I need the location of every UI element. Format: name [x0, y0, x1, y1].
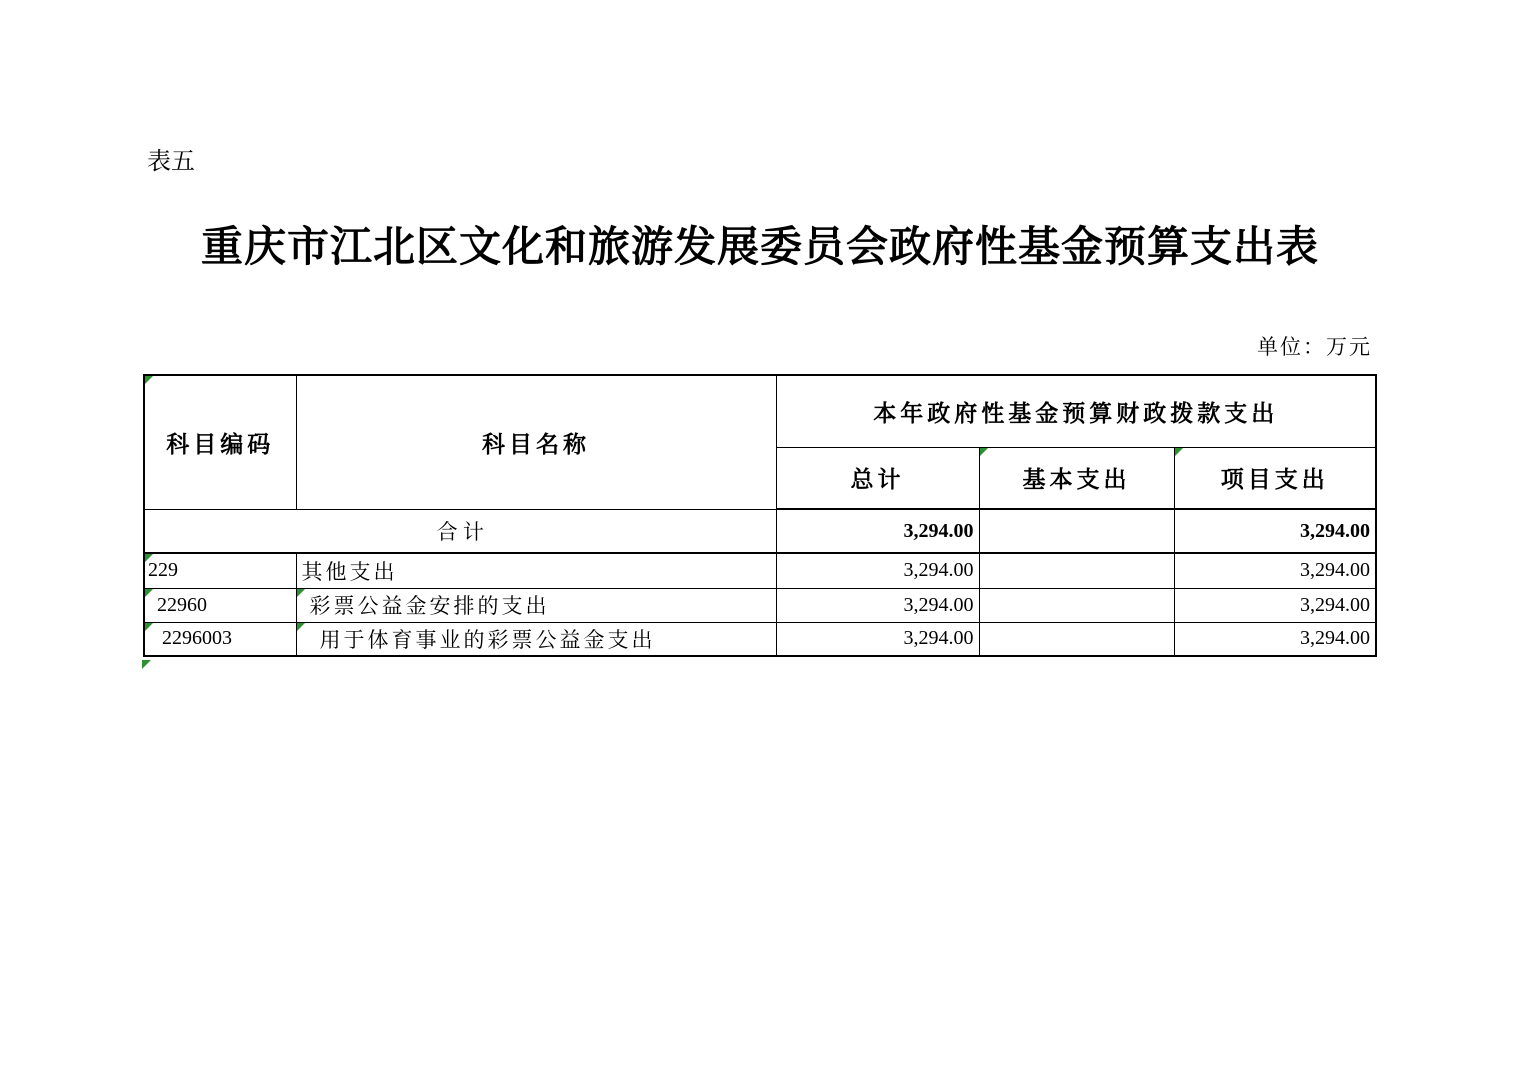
total-row-total-value: 3,294.00 [776, 509, 979, 553]
row-total-value: 3,294.00 [776, 553, 979, 588]
cell-error-flag-icon [145, 588, 154, 597]
cell-error-flag-icon [145, 375, 154, 384]
total-row: 合 计 3,294.00 3,294.00 [144, 509, 1376, 553]
cell-error-flag-icon [145, 622, 154, 631]
header-total: 总计 [776, 447, 979, 509]
header-basic: 基本支出 [979, 447, 1174, 509]
header-total-label: 总计 [851, 466, 905, 492]
unit-note: 单位：万元 [1050, 331, 1372, 361]
header-subject-name: 科目名称 [296, 375, 776, 509]
row-total-value: 3,294.00 [776, 588, 979, 622]
table-number-label: 表五 [147, 141, 195, 176]
document-page: 表五 重庆市江北区文化和旅游发展委员会政府性基金预算支出表 单位：万元 科目编码… [0, 0, 1520, 1074]
row-name-cell: 其他支出 [296, 553, 776, 588]
header-basic-label: 基本支出 [1023, 466, 1131, 492]
row-code: 22960 [157, 594, 207, 616]
cell-error-flag-icon [297, 588, 306, 597]
row-project-value: 3,294.00 [1174, 622, 1376, 656]
row-total-value: 3,294.00 [776, 622, 979, 656]
row-code-cell: 22960 [144, 588, 296, 622]
row-code-cell: 229 [144, 553, 296, 588]
table-row: 229 其他支出 3,294.00 3,294.00 [144, 553, 1376, 588]
row-code-cell: 2296003 [144, 622, 296, 656]
row-project-value: 3,294.00 [1174, 588, 1376, 622]
cell-error-flag-icon [142, 660, 151, 669]
total-row-basic-value [979, 509, 1174, 553]
row-project-value: 3,294.00 [1174, 553, 1376, 588]
row-code: 2296003 [162, 627, 232, 649]
header-subject-code-label: 科目编码 [166, 431, 274, 457]
cell-error-flag-icon [1175, 447, 1184, 456]
row-basic-value [979, 553, 1174, 588]
row-name-cell: 用于体育事业的彩票公益金支出 [296, 622, 776, 656]
page-title: 重庆市江北区文化和旅游发展委员会政府性基金预算支出表 [0, 214, 1520, 274]
table-header-row-1: 科目编码 科目名称 本年政府性基金预算财政拨款支出 [144, 375, 1376, 447]
row-name-cell: 彩票公益金安排的支出 [296, 588, 776, 622]
row-basic-value [979, 588, 1174, 622]
header-project: 项目支出 [1174, 447, 1376, 509]
table-row: 2296003 用于体育事业的彩票公益金支出 3,294.00 3,294.00 [144, 622, 1376, 656]
header-fund-group: 本年政府性基金预算财政拨款支出 [776, 375, 1376, 447]
total-row-label: 合 计 [144, 509, 776, 553]
header-subject-name-label: 科目名称 [482, 431, 590, 457]
row-name: 彩票公益金安排的支出 [310, 594, 550, 618]
row-code: 229 [148, 559, 178, 581]
header-subject-code: 科目编码 [144, 375, 296, 509]
total-row-project-value: 3,294.00 [1174, 509, 1376, 553]
header-fund-group-label: 本年政府性基金预算财政拨款支出 [873, 400, 1278, 426]
row-basic-value [979, 622, 1174, 656]
table-row: 22960 彩票公益金安排的支出 3,294.00 3,294.00 [144, 588, 1376, 622]
row-name: 其他支出 [302, 560, 398, 584]
cell-error-flag-icon [145, 553, 154, 562]
budget-table: 科目编码 科目名称 本年政府性基金预算财政拨款支出 总计 基本支出 [143, 374, 1377, 657]
cell-error-flag-icon [980, 447, 989, 456]
header-project-label: 项目支出 [1221, 466, 1329, 492]
row-name: 用于体育事业的彩票公益金支出 [320, 628, 656, 652]
cell-error-flag-icon [297, 622, 306, 631]
